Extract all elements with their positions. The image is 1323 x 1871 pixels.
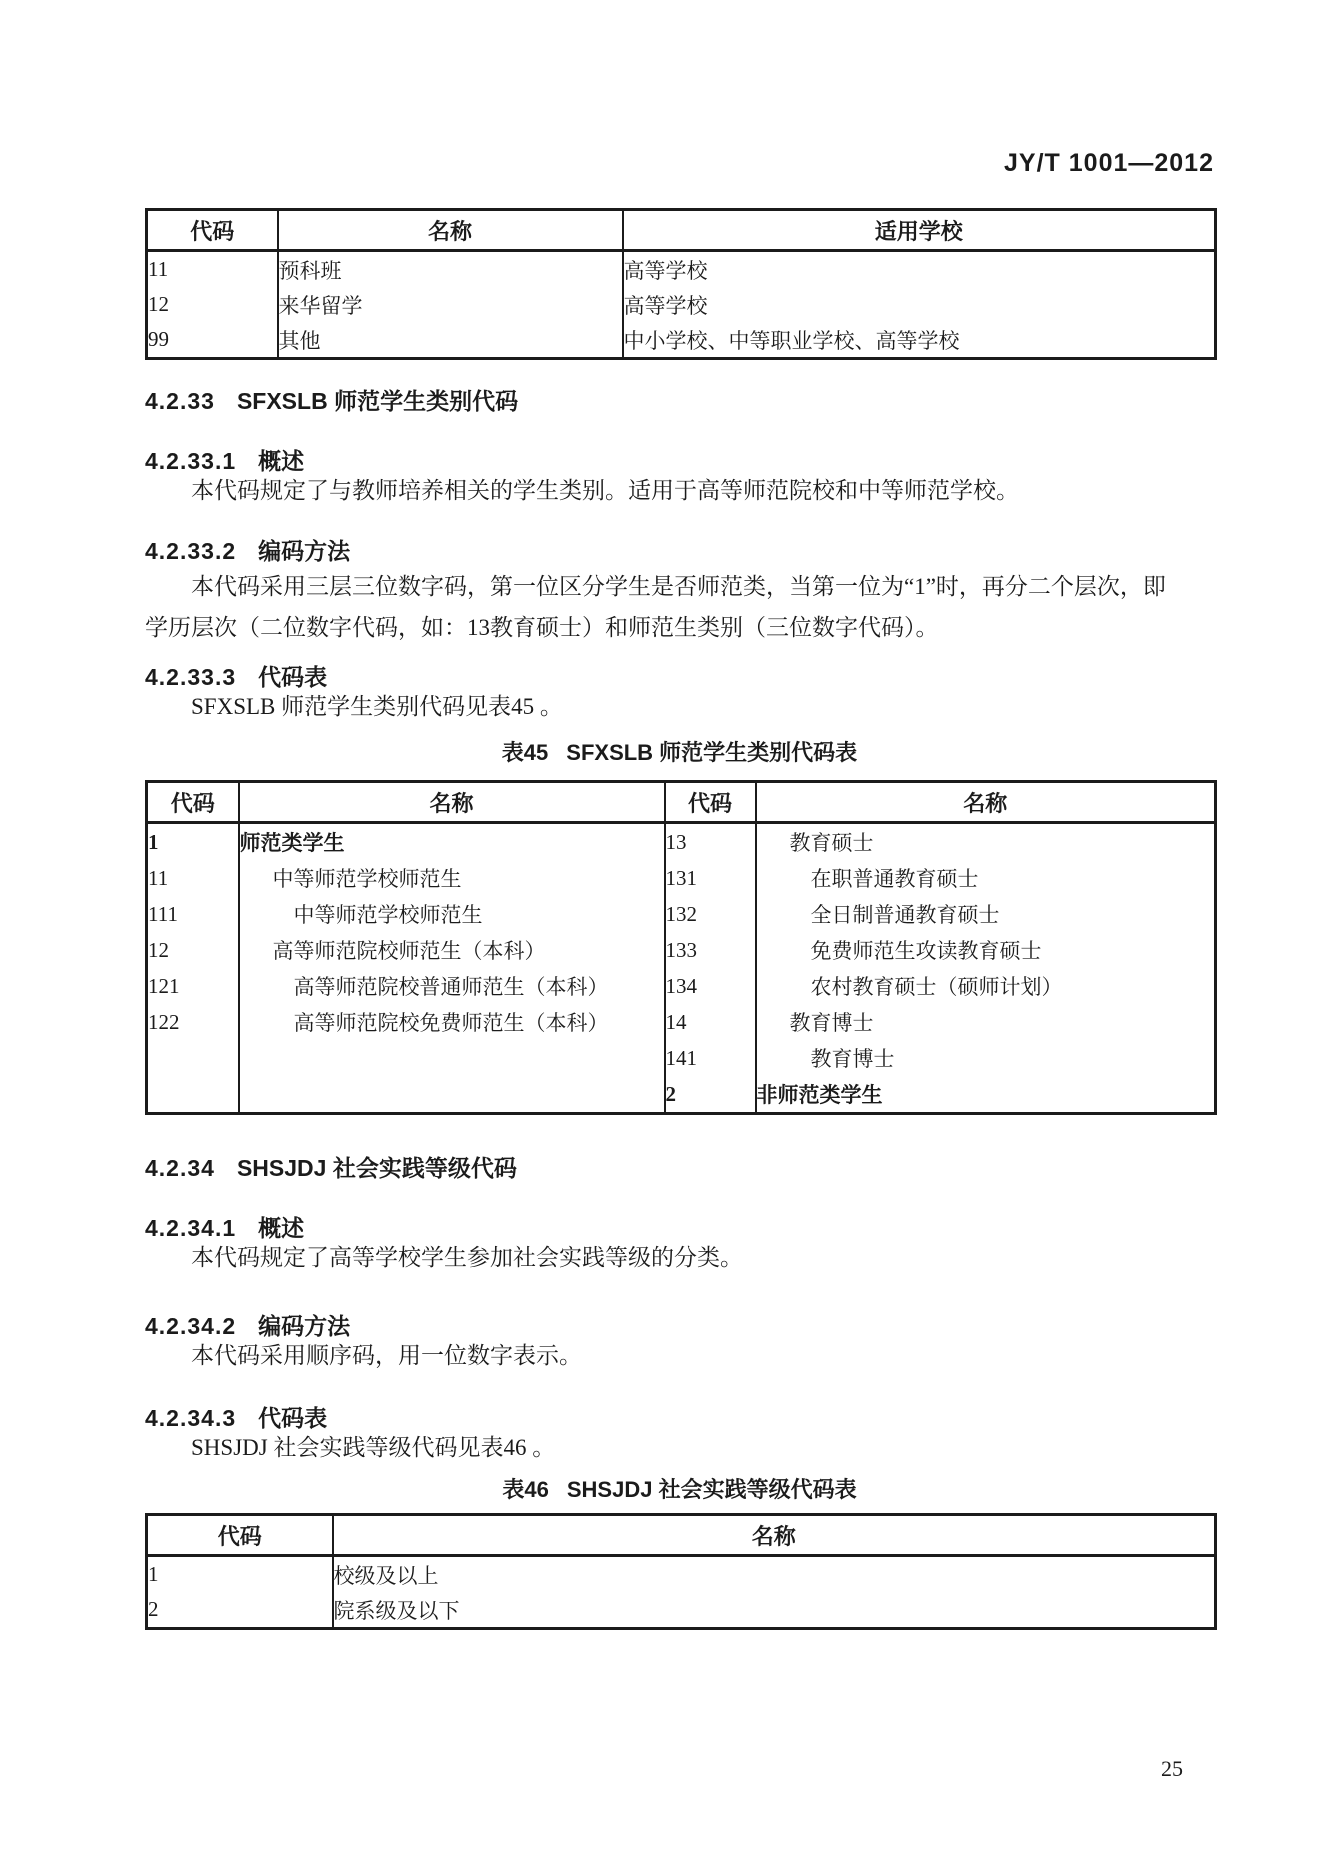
subsection-heading-4-2-33-3: 4.2.33.3代码表 <box>145 662 1214 692</box>
section-title: SHSJDJ 社会实践等级代码 <box>237 1155 517 1181</box>
subsection-heading-4-2-34-1: 4.2.34.1概述 <box>145 1213 1214 1243</box>
subsection-heading-4-2-34-2: 4.2.34.2编码方法 <box>145 1311 1214 1341</box>
name-cell: 非师范类学生 <box>756 1076 1216 1114</box>
column-header-code-right: 代码 <box>665 782 756 823</box>
name-cell <box>239 1040 665 1076</box>
subsection-number: 4.2.34.2 <box>145 1311 236 1341</box>
subsection-heading-4-2-33-1: 4.2.33.1概述 <box>145 446 1214 476</box>
subsection-number: 4.2.34.1 <box>145 1213 236 1243</box>
schools-cell: 高等学校 <box>623 251 1216 288</box>
code-cell: 141 <box>665 1040 756 1076</box>
code-cell: 12 <box>147 932 239 968</box>
subsection-title: 概述 <box>258 1215 304 1241</box>
social-practice-level-code-table: 代码 名称 1 校级及以上 2 院系级及以下 <box>145 1513 1217 1630</box>
section-heading-4-2-34: 4.2.34SHSJDJ 社会实践等级代码 <box>145 1153 1214 1183</box>
table-row: 1 师范类学生 13 教育硕士 <box>147 823 1216 861</box>
column-header-code-left: 代码 <box>147 782 239 823</box>
section-title: SFXSLB 师范学生类别代码 <box>237 388 518 414</box>
name-cell: 中等师范学校师范生 <box>239 896 665 932</box>
table-46-caption: 表46SHSJDJ 社会实践等级代码表 <box>145 1475 1214 1505</box>
name-cell: 教育硕士 <box>756 823 1216 861</box>
paragraph-method-34: 本代码采用顺序码，用一位数字表示。 <box>145 1341 1167 1371</box>
subsection-number: 4.2.34.3 <box>145 1403 236 1433</box>
schools-cell: 中小学校、中等职业学校、高等学校 <box>623 322 1216 359</box>
code-cell: 1 <box>147 823 239 861</box>
section-number: 4.2.34 <box>145 1153 215 1183</box>
page-number: 25 <box>1161 1756 1183 1782</box>
name-cell: 院系级及以下 <box>333 1592 1216 1629</box>
code-cell <box>147 1076 239 1114</box>
code-cell: 133 <box>665 932 756 968</box>
code-cell: 132 <box>665 896 756 932</box>
table-number: 表45 <box>502 740 548 765</box>
code-cell <box>147 1040 239 1076</box>
schools-cell: 高等学校 <box>623 287 1216 322</box>
subsection-number: 4.2.33.1 <box>145 446 236 476</box>
column-header-name: 名称 <box>333 1515 1216 1556</box>
code-cell: 11 <box>147 251 278 288</box>
paragraph-codetable-34: SHSJDJ 社会实践等级代码见表46 。 <box>145 1433 1167 1463</box>
name-cell: 免费师范生攻读教育硕士 <box>756 932 1216 968</box>
table-row: 99 其他 中小学校、中等职业学校、高等学校 <box>147 322 1216 359</box>
normal-student-category-code-table: 代码 名称 代码 名称 1 师范类学生 13 教育硕士 11 中等师范学校师范生… <box>145 780 1217 1115</box>
name-cell: 其他 <box>278 322 623 359</box>
paragraph-method-33: 本代码采用三层三位数字码，第一位区分学生是否师范类，当第一位为“1”时，再分二个… <box>145 566 1167 648</box>
document-page: JY/T 1001—2012 代码 名称 适用学校 11 预科班 高等学校 12 <box>0 0 1323 1871</box>
column-header-name-right: 名称 <box>756 782 1216 823</box>
code-cell: 131 <box>665 860 756 896</box>
subsection-title: 代码表 <box>258 1405 327 1431</box>
page-content: JY/T 1001—2012 代码 名称 适用学校 11 预科班 高等学校 12 <box>145 0 1214 1630</box>
paragraph-overview-34: 本代码规定了高等学校学生参加社会实践等级的分类。 <box>145 1243 1167 1273</box>
name-cell: 高等师范院校普通师范生（本科） <box>239 968 665 1004</box>
code-cell: 12 <box>147 287 278 322</box>
table-header-row: 代码 名称 <box>147 1515 1216 1556</box>
column-header-code: 代码 <box>147 1515 333 1556</box>
table-row: 121 高等师范院校普通师范生（本科） 134 农村教育硕士（硕师计划） <box>147 968 1216 1004</box>
subsection-title: 代码表 <box>258 664 327 690</box>
column-header-code: 代码 <box>147 210 278 251</box>
code-cell: 11 <box>147 860 239 896</box>
table-row: 1 校级及以上 <box>147 1556 1216 1593</box>
standard-number-header: JY/T 1001—2012 <box>145 0 1214 178</box>
table-header-row: 代码 名称 代码 名称 <box>147 782 1216 823</box>
table-title: SFXSLB 师范学生类别代码表 <box>566 740 857 765</box>
table-row: 141 教育博士 <box>147 1040 1216 1076</box>
name-cell: 校级及以上 <box>333 1556 1216 1593</box>
name-cell: 农村教育硕士（硕师计划） <box>756 968 1216 1004</box>
column-header-name: 名称 <box>278 210 623 251</box>
name-cell: 中等师范学校师范生 <box>239 860 665 896</box>
table-header-row: 代码 名称 适用学校 <box>147 210 1216 251</box>
subsection-number: 4.2.33.2 <box>145 536 236 566</box>
code-cell: 134 <box>665 968 756 1004</box>
code-cell: 14 <box>665 1004 756 1040</box>
code-cell: 1 <box>147 1556 333 1593</box>
table-row: 11 预科班 高等学校 <box>147 251 1216 288</box>
table-45-caption: 表45SFXSLB 师范学生类别代码表 <box>145 738 1214 768</box>
name-cell: 高等师范院校师范生（本科） <box>239 932 665 968</box>
name-cell: 预科班 <box>278 251 623 288</box>
name-cell: 高等师范院校免费师范生（本科） <box>239 1004 665 1040</box>
section-number: 4.2.33 <box>145 386 215 416</box>
code-cell: 2 <box>665 1076 756 1114</box>
code-cell: 13 <box>665 823 756 861</box>
code-cell: 121 <box>147 968 239 1004</box>
table-row: 2 非师范类学生 <box>147 1076 1216 1114</box>
name-cell: 来华留学 <box>278 287 623 322</box>
subsection-title: 编码方法 <box>258 1313 350 1339</box>
table-row: 2 院系级及以下 <box>147 1592 1216 1629</box>
code-cell: 111 <box>147 896 239 932</box>
code-cell: 2 <box>147 1592 333 1629</box>
name-cell: 教育博士 <box>756 1004 1216 1040</box>
section-heading-4-2-33: 4.2.33SFXSLB 师范学生类别代码 <box>145 386 1214 416</box>
code-cell: 122 <box>147 1004 239 1040</box>
name-cell: 在职普通教育硕士 <box>756 860 1216 896</box>
name-cell: 全日制普通教育硕士 <box>756 896 1216 932</box>
name-cell: 教育博士 <box>756 1040 1216 1076</box>
subsection-heading-4-2-34-3: 4.2.34.3代码表 <box>145 1403 1214 1433</box>
name-cell: 师范类学生 <box>239 823 665 861</box>
table-row: 12 来华留学 高等学校 <box>147 287 1216 322</box>
table-row: 111 中等师范学校师范生 132 全日制普通教育硕士 <box>147 896 1216 932</box>
column-header-name-left: 名称 <box>239 782 665 823</box>
table-row: 122 高等师范院校免费师范生（本科） 14 教育博士 <box>147 1004 1216 1040</box>
student-stage-code-table-continued: 代码 名称 适用学校 11 预科班 高等学校 12 来华留学 高等学校 99 <box>145 208 1217 360</box>
subsection-number: 4.2.33.3 <box>145 662 236 692</box>
name-cell <box>239 1076 665 1114</box>
table-row: 11 中等师范学校师范生 131 在职普通教育硕士 <box>147 860 1216 896</box>
paragraph-codetable-33: SFXSLB 师范学生类别代码见表45 。 <box>145 692 1167 722</box>
table-title: SHSJDJ 社会实践等级代码表 <box>567 1477 857 1502</box>
subsection-heading-4-2-33-2: 4.2.33.2编码方法 <box>145 536 1214 566</box>
code-cell: 99 <box>147 322 278 359</box>
table-row: 12 高等师范院校师范生（本科） 133 免费师范生攻读教育硕士 <box>147 932 1216 968</box>
paragraph-overview-33: 本代码规定了与教师培养相关的学生类别。适用于高等师范院校和中等师范学校。 <box>145 476 1167 506</box>
table-number: 表46 <box>502 1477 548 1502</box>
column-header-applicable-schools: 适用学校 <box>623 210 1216 251</box>
subsection-title: 编码方法 <box>258 538 350 564</box>
subsection-title: 概述 <box>258 448 304 474</box>
